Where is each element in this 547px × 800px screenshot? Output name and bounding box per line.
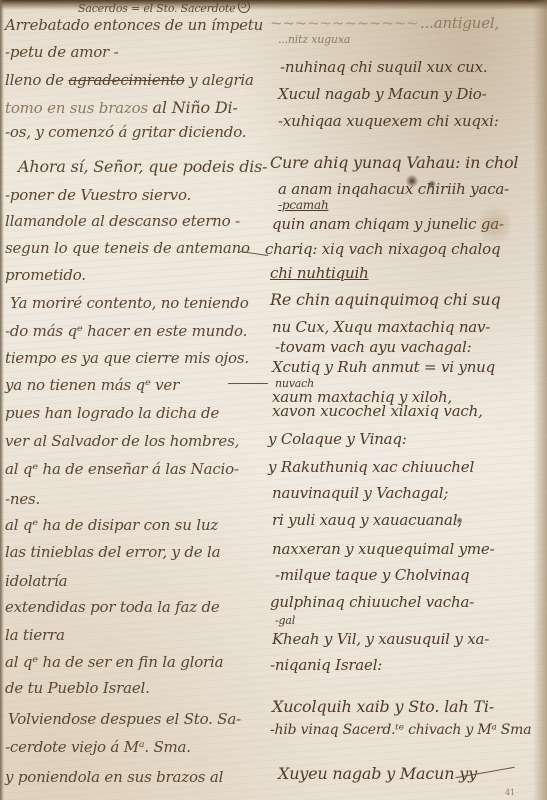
ink-dot (456, 517, 463, 524)
spanish-line-20: las tinieblas del error, y de la (5, 543, 220, 561)
faint-page-number: 41 (505, 788, 515, 797)
spanish-line-19: al qᵉ ha de disipar con su luz (5, 516, 218, 534)
mayan-line-29: Xucolquih xaib y Sto. lah Ti- (272, 697, 494, 716)
spanish-line-1: Arrebatado entonces de un ímpetu (5, 16, 263, 34)
folio-mark: 5 (238, 0, 250, 13)
spanish-line-9: segun lo que teneis de antemano (5, 239, 250, 257)
mayan-line-18: xavon xucochel xilaxiq vach, (272, 402, 483, 420)
mayan-line-10: chariq: xiq vach nixagoq chaloq (265, 240, 500, 258)
spanish-line-3: lleno de agradecimiento y alegria (5, 71, 254, 89)
mayan-line-30: -hib vinaq Sacerd.ᵗᵉ chivach y Mᵃ Sma (270, 722, 531, 738)
mayan-line-22: ri yuli xauq y xauacuanal, (272, 511, 462, 529)
mayan-line-23: naxxeran y xuquequimal yme- (272, 540, 494, 558)
water-stain (480, 200, 510, 250)
spanish-text: tomo en sus brazos (5, 99, 148, 117)
mayan-line-24: -milque taque y Cholvinaq (275, 566, 469, 584)
mayan-line-27: Kheah y Vil, y xausuquil y xa- (272, 630, 489, 648)
mayan-line-7: a anam inqahacux chiriih yaca- (278, 180, 509, 198)
mayan-line-5: -xuhiqaa xuquexem chi xuqxi: (278, 112, 499, 130)
spanish-line-26: Volviendose despues el Sto. Sa- (8, 710, 241, 728)
mayan-line-20: y Rakuthuniq xac chiuuchel (268, 458, 474, 476)
mayan-line-12: Re chin aquinquimoq chi suq (270, 290, 501, 309)
spanish-line-21: idolatría (5, 572, 67, 590)
spanish-line-25: de tu Pueblo Israel. (5, 679, 150, 697)
mayan-line-13: nu Cux, Xuqu maxtachiq nav- (272, 318, 490, 336)
ink-blot (405, 175, 419, 187)
mayan-line-28: -niqaniq Israel: (270, 656, 382, 674)
manuscript-page: Sacerdos = el Sto. Sacerdote 5 Arrebatad… (0, 0, 547, 800)
mayan-line-21: nauvinaquil y Vachagal; (272, 484, 448, 502)
spanish-text: al Niño Di- (153, 98, 238, 117)
mayan-line-31: Xuyeu nagab y Macun yy (278, 764, 477, 783)
mayan-line-4: Xucul nagab y Macun y Dio- (278, 85, 486, 103)
spanish-line-15: pues han logrado la dicha de (5, 404, 219, 422)
mayan-line-14: -tovam vach ayu vachagal: (275, 338, 471, 356)
mayan-line-3: -nuhinaq chi suquil xux cux. (280, 58, 487, 76)
spanish-line-17: al qᵉ ha de enseñar á las Nacio- (5, 460, 239, 478)
spanish-line-12: -do más qᵉ hacer en este mundo. (5, 322, 247, 340)
spanish-line-22: extendidas por toda la faz de (5, 598, 220, 616)
spanish-line-16: ver al Salvador de los hombres, (5, 432, 239, 450)
connector-dash (228, 383, 268, 384)
page-right-edge (533, 0, 547, 800)
mayan-line-19: y Colaque y Vinaq: (268, 430, 407, 448)
spanish-line-10: prometido. (5, 266, 86, 284)
mayan-line-2: ...nitz xuguxa (278, 33, 350, 46)
spanish-line-28: y poniendola en sus brazos al (5, 768, 223, 786)
spanish-line-13: tiempo es ya que cierre mis ojos. (5, 349, 249, 367)
spanish-line-5: -os, y comenzó á gritar diciendo. (5, 123, 246, 141)
spanish-line-8: llamandole al descanso eterno - (5, 212, 240, 230)
mayan-line-11: chi nuhtiquih (270, 264, 369, 282)
ink-blot (428, 180, 436, 188)
spanish-line-14: ya no tienen más qᵉ ver (5, 376, 179, 394)
mayan-line-6: Cure ahiq yunaq Vahau: in chol (270, 153, 518, 172)
spanish-line-7: -poner de Vuestro siervo. (5, 186, 191, 204)
spanish-line-24: al qᵉ ha de ser en fin la gloria (5, 653, 223, 671)
page-left-edge (0, 0, 4, 800)
spanish-line-4: tomo en sus brazos al Niño Di- (5, 98, 238, 117)
mayan-line-15: Xcutiq y Ruh anmut = vi ynuq (272, 358, 495, 376)
spanish-line-2: -petu de amor - (5, 43, 118, 61)
mayan-line-9: quin anam chiqam y junelic ga- (272, 215, 504, 233)
spanish-line-6: Ahora sí, Señor, que podeis dis- (18, 157, 267, 176)
spanish-line-18: -nes. (5, 490, 40, 508)
spanish-line-27: -cerdote viejo á Mᵃ. Sma. (5, 738, 191, 756)
spanish-text: y alegria (189, 71, 254, 89)
mayan-line-8: -pcamah (278, 198, 328, 212)
mayan-line-1: ~~~~~~~~~~~~...antiguel, (270, 14, 499, 32)
header-note: Sacerdos = el Sto. Sacerdote (78, 2, 235, 15)
spanish-line-11: Ya moriré contento, no teniendo (10, 294, 249, 312)
spanish-text: lleno de (5, 71, 64, 89)
mayan-line-25: gulphinaq chiuuchel vacha- (270, 593, 474, 611)
mayan-line-26: -gal (275, 614, 295, 627)
mayan-text: ...antiguel, (420, 14, 499, 32)
spanish-line-23: la tierra (5, 626, 65, 644)
struck-word: agradecimiento (68, 71, 184, 89)
